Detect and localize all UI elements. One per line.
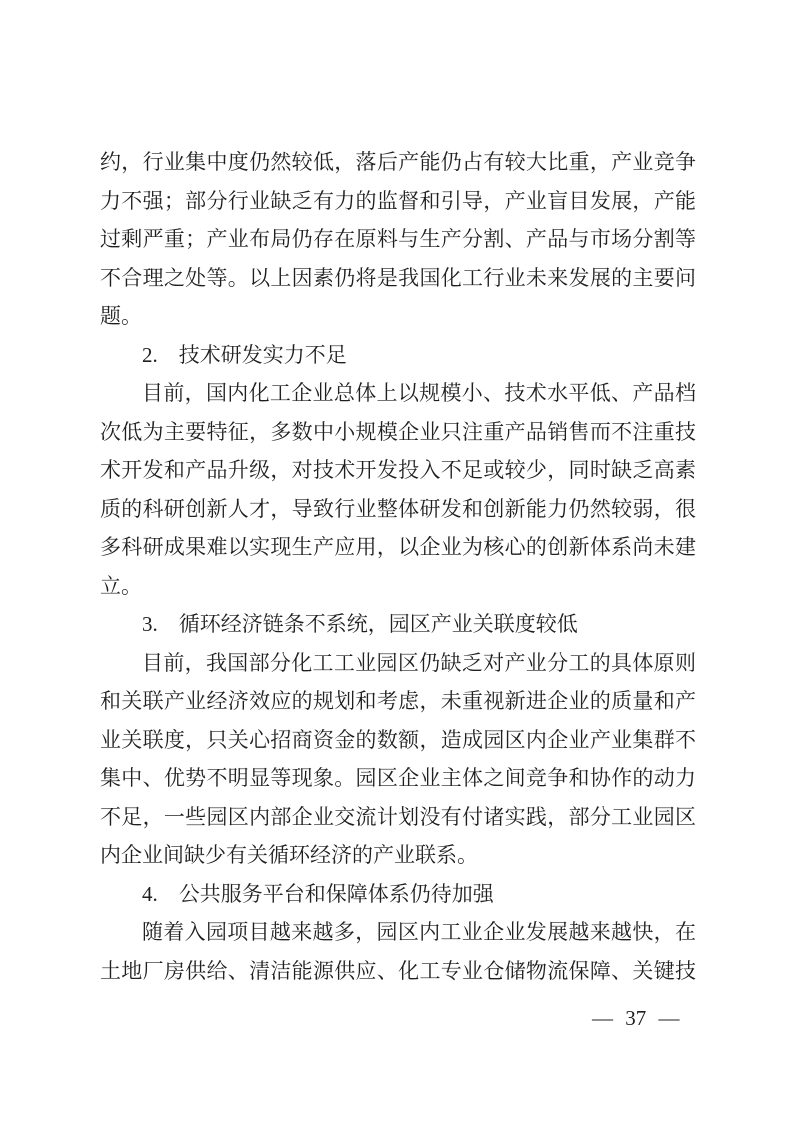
- text-line: 次低为主要特征，多数中小规模企业只注重产品销售而不注重技: [100, 413, 696, 452]
- text-line: 目前，我国部分化工工业园区仍缺乏对产业分工的具体原则: [100, 644, 696, 683]
- text-line: 立。: [100, 567, 696, 606]
- text-line: 和关联产业经济效应的规划和考虑，未重视新进企业的质量和产: [100, 682, 696, 721]
- text-line: 不足，一些园区内部企业交流计划没有付诸实践，部分工业园区: [100, 798, 696, 837]
- text-line: 多科研成果难以实现生产应用，以企业为核心的创新体系尚未建: [100, 528, 696, 567]
- text-line: 题。: [100, 297, 696, 336]
- text-line: 目前，国内化工企业总体上以规模小、技术水平低、产品档: [100, 374, 696, 413]
- text-line: 内企业间缺少有关循环经济的产业联系。: [100, 836, 696, 875]
- text-line: 业关联度，只关心招商资金的数额，造成园区内企业产业集群不: [100, 721, 696, 760]
- text-line: 随着入园项目越来越多，园区内工业企业发展越来越快，在: [100, 913, 696, 952]
- document-page: 约，行业集中度仍然较低，落后产能仍占有较大比重，产业竞争力不强；部分行业缺乏有力…: [0, 0, 794, 1122]
- section-heading: 2. 技术研发实力不足: [100, 336, 696, 375]
- section-heading: 4. 公共服务平台和保障体系仍待加强: [100, 875, 696, 914]
- text-line: 过剩严重；产业布局仍存在原料与生产分割、产品与市场分割等: [100, 220, 696, 259]
- section-heading: 3. 循环经济链条不系统，园区产业关联度较低: [100, 605, 696, 644]
- text-line: 集中、优势不明显等现象。园区企业主体之间竞争和协作的动力: [100, 759, 696, 798]
- text-line: 土地厂房供给、清洁能源供应、化工专业仓储物流保障、关键技: [100, 952, 696, 991]
- page-text: 约，行业集中度仍然较低，落后产能仍占有较大比重，产业竞争力不强；部分行业缺乏有力…: [100, 143, 696, 990]
- text-line: 约，行业集中度仍然较低，落后产能仍占有较大比重，产业竞争: [100, 143, 696, 182]
- text-line: 不合理之处等。以上因素仍将是我国化工行业未来发展的主要问: [100, 259, 696, 298]
- text-line: 力不强；部分行业缺乏有力的监督和引导，产业盲目发展，产能: [100, 182, 696, 221]
- page-number: — 37 —: [592, 1003, 680, 1033]
- text-line: 术开发和产品升级，对技术开发投入不足或较少，同时缺乏高素: [100, 451, 696, 490]
- text-line: 质的科研创新人才，导致行业整体研发和创新能力仍然较弱，很: [100, 490, 696, 529]
